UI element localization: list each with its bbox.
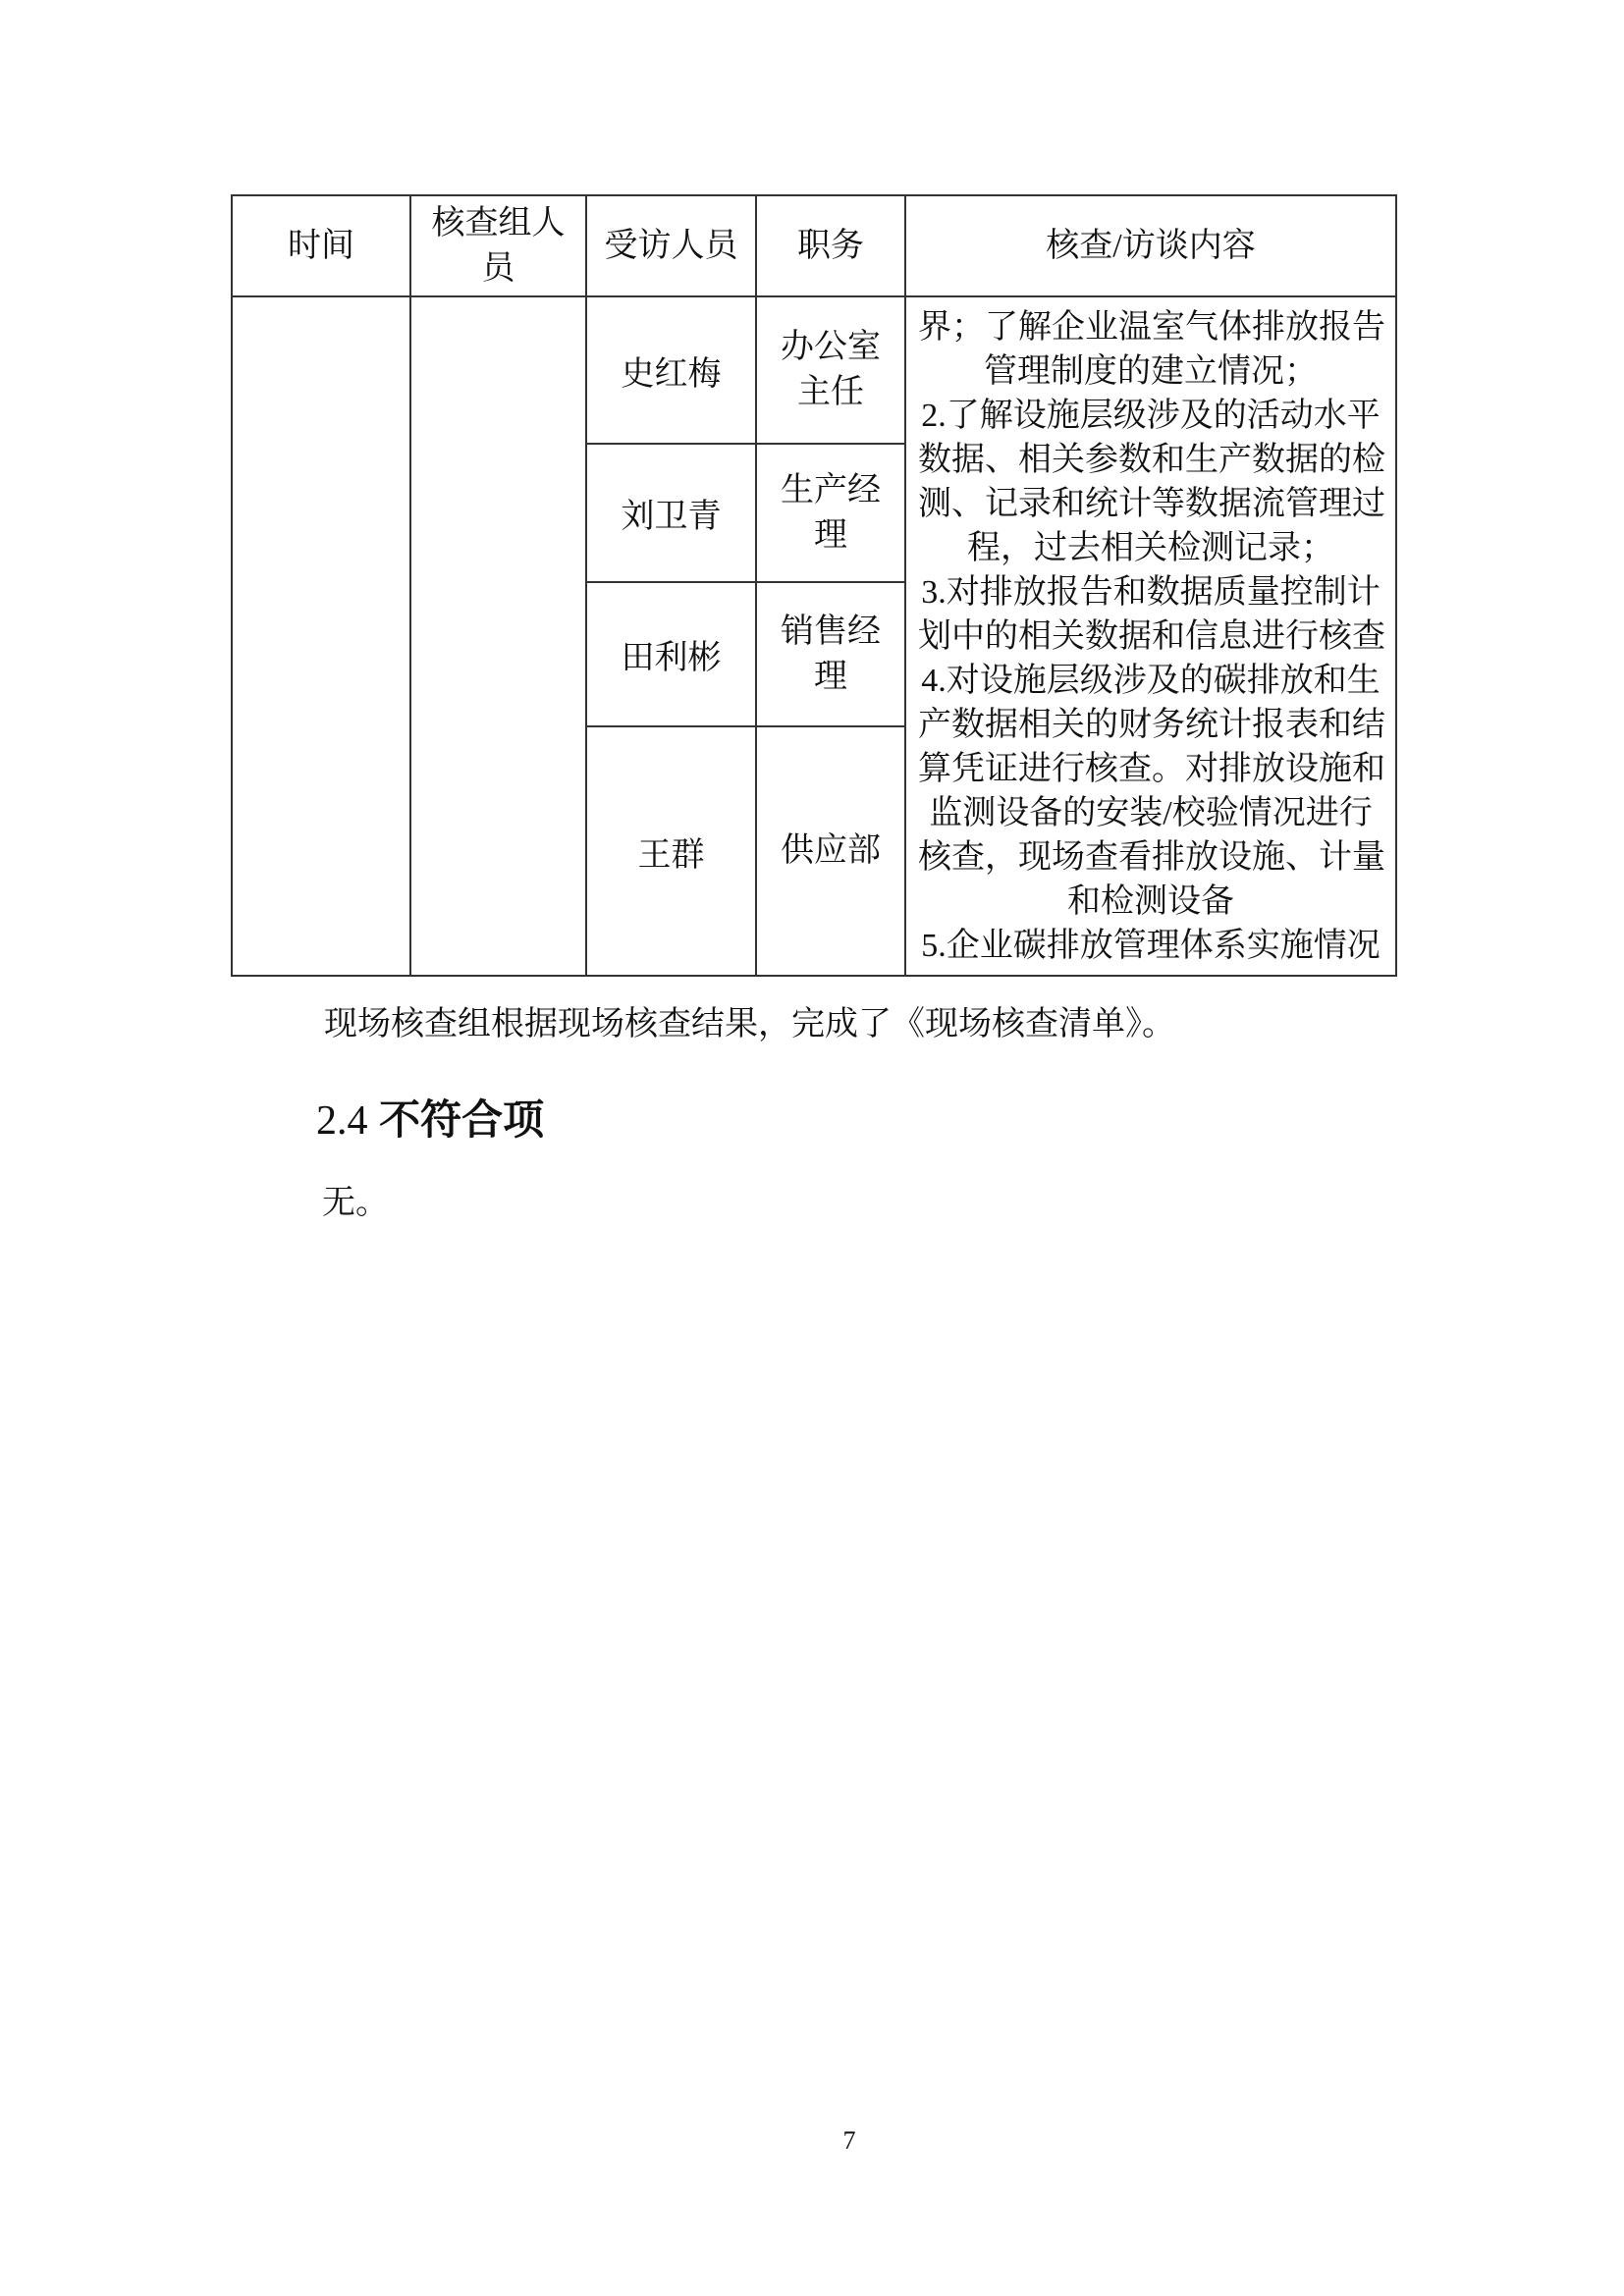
content-cell: 界；了解企业温室气体排放报告管理制度的建立情况；2.了解设施层级涉及的活动水平数… [905,296,1396,976]
document-page: 时间 核查组人员 受访人员 职务 核查/访谈内容 史红梅 办公室主任 界；了解企… [0,0,1624,2296]
header-content: 核查/访谈内容 [905,195,1396,296]
interview-table: 时间 核查组人员 受访人员 职务 核查/访谈内容 史红梅 办公室主任 界；了解企… [231,194,1397,977]
summary-paragraph: 现场核查组根据现场核查结果，完成了《现场核查清单》。 [324,1003,1175,1046]
content-line: 3.对排放报告和数据质量控制计 [918,570,1383,614]
interviewee-name-cell: 史红梅 [586,296,756,444]
page-number: 7 [843,2126,856,2156]
content-line: 核查，现场查看排放设施、计量 [918,835,1383,880]
content-line: 测、记录和统计等数据流管理过 [918,482,1383,526]
section-heading: 2.4 不符合项 [316,1088,544,1147]
content-line: 5.企业碳排放管理体系实施情况 [918,924,1383,968]
table-row: 史红梅 办公室主任 界；了解企业温室气体排放报告管理制度的建立情况；2.了解设施… [232,296,1396,444]
content-line: 算凭证进行核查。对排放设施和 [918,747,1383,791]
section-number: 2.4 [316,1098,368,1144]
content-line: 和检测设备 [918,880,1383,924]
interviewee-title-cell: 销售经理 [756,582,905,726]
content-line: 数据、相关参数和生产数据的检 [918,438,1383,482]
interviewee-title-cell: 办公室主任 [756,296,905,444]
content-line: 管理制度的建立情况； [918,349,1383,394]
content-line: 程，过去相关检测记录； [918,526,1383,570]
content-line: 产数据相关的财务统计报表和结 [918,703,1383,747]
content-line: 监测设备的安装/校验情况进行 [918,791,1383,835]
interviewee-title-cell: 供应部 [756,726,905,976]
header-time: 时间 [232,195,410,296]
interviewee-title-cell: 生产经理 [756,444,905,582]
team-cell [410,296,586,976]
time-cell [232,296,410,976]
header-interviewee: 受访人员 [586,195,756,296]
content-lines: 界；了解企业温室气体排放报告管理制度的建立情况；2.了解设施层级涉及的活动水平数… [918,305,1383,968]
interviewee-name-cell: 田利彬 [586,582,756,726]
content-line: 4.对设施层级涉及的碳排放和生 [918,659,1383,703]
section-title: 不符合项 [368,1096,545,1143]
header-position: 职务 [756,195,905,296]
none-paragraph: 无。 [322,1182,389,1225]
interviewee-name-cell: 王群 [586,726,756,976]
content-line: 2.了解设施层级涉及的活动水平 [918,394,1383,438]
header-team: 核查组人员 [410,195,586,296]
content-line: 界；了解企业温室气体排放报告 [918,305,1383,349]
interviewee-name-cell: 刘卫青 [586,444,756,582]
table-header-row: 时间 核查组人员 受访人员 职务 核查/访谈内容 [232,195,1396,296]
content-line: 划中的相关数据和信息进行核查 [918,614,1383,659]
